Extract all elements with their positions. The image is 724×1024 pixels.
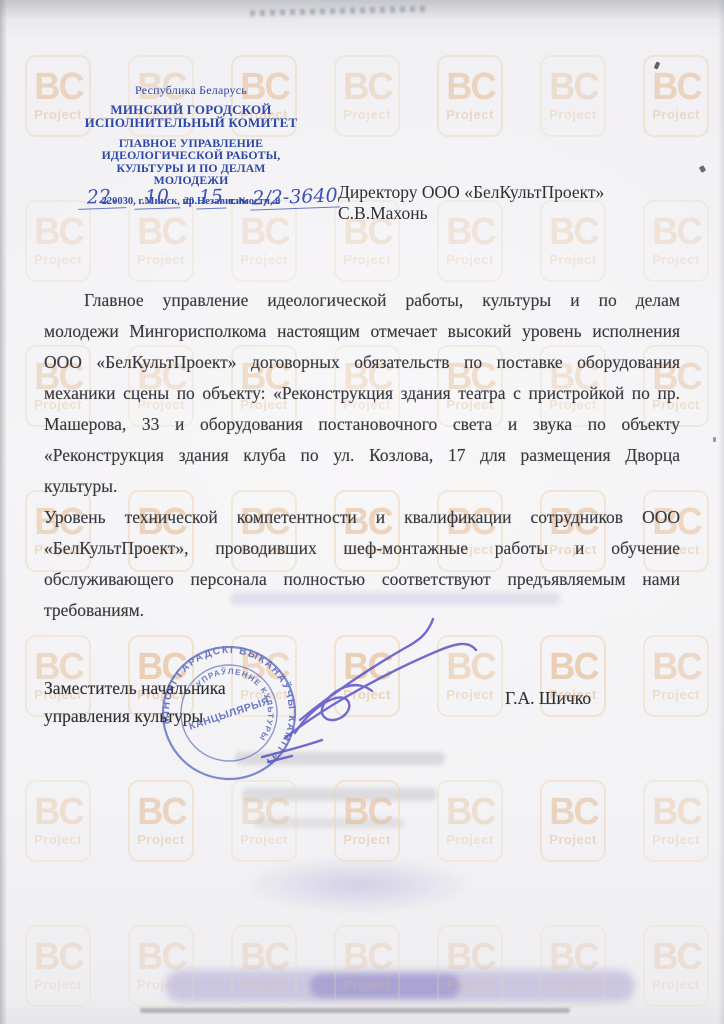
watermark-text-bc: BC [446, 70, 494, 105]
watermark-text-bc: BC [549, 650, 597, 685]
watermark-text-bc: BC [549, 70, 597, 105]
watermark-badge: BCProject [540, 780, 606, 862]
letterhead-committee-line1: МИНСКИЙ ГОРОДСКОЙ [84, 103, 298, 117]
handwritten-month: 10 [134, 187, 181, 210]
watermark-badge: BCProject [643, 55, 709, 137]
watermark-text-project: Project [446, 832, 494, 847]
watermark-text-bc: BC [240, 215, 288, 250]
watermark-badge: BCProject [334, 925, 400, 1007]
reference-date-line: 22. 10 20 15 г. № 2/2-3640 [78, 188, 340, 209]
watermark-text-project: Project [549, 832, 597, 847]
watermark-badge: BCProject [334, 55, 400, 137]
letterhead-country: Республика Беларусь [84, 84, 298, 97]
body-paragraph-1: Главное управление идеологической работы… [44, 285, 680, 502]
watermark-text-bc: BC [343, 940, 391, 975]
signoff-title: Заместитель начальника управления культу… [44, 674, 226, 730]
watermark-text-project: Project [652, 687, 700, 702]
watermark-text-project: Project [34, 107, 82, 122]
watermark-badge: BCProject [231, 925, 297, 1007]
watermark-badge: BCProject [643, 635, 709, 717]
watermark-badge: BCProject [25, 925, 91, 1007]
watermark-text-bc: BC [446, 940, 494, 975]
watermark-text-project: Project [549, 977, 597, 992]
watermark-text-project: Project [549, 252, 597, 267]
watermark-text-bc: BC [549, 795, 597, 830]
watermark-badge: BCProject [25, 780, 91, 862]
recipient-title: Директору ООО «БелКультПроект» [338, 182, 604, 203]
letterhead-committee: МИНСКИЙ ГОРОДСКОЙ ИСПОЛНИТЕЛЬНЫЙ КОМИТЕТ [84, 103, 298, 130]
watermark-badge: BCProject [540, 925, 606, 1007]
watermark-text-bc: BC [240, 795, 288, 830]
watermark-text-project: Project [240, 977, 288, 992]
watermark-text-bc: BC [34, 795, 82, 830]
watermark-badge: BCProject [334, 635, 400, 717]
watermark-badge: BCProject [334, 780, 400, 862]
watermark-badge: BCProject [231, 200, 297, 282]
watermark-text-bc: BC [652, 215, 700, 250]
watermark-badge: BCProject [437, 635, 503, 717]
watermark-text-project: Project [446, 252, 494, 267]
watermark-text-project: Project [549, 107, 597, 122]
printed-number-label: г. № [226, 196, 250, 209]
watermark-text-project: Project [343, 687, 391, 702]
watermark-text-project: Project [240, 252, 288, 267]
signoff-title-line2: управления культуры [44, 702, 226, 730]
watermark-text-project: Project [34, 252, 82, 267]
watermark-text-project: Project [137, 832, 185, 847]
signoff-title-line1: Заместитель начальника [44, 674, 226, 702]
watermark-text-project: Project [446, 107, 494, 122]
watermark-text-bc: BC [652, 70, 700, 105]
watermark-badge: BCProject [643, 200, 709, 282]
watermark-text-bc: BC [34, 70, 82, 105]
letter-body: Главное управление идеологической работы… [44, 285, 680, 626]
letterhead-committee-line2: ИСПОЛНИТЕЛЬНЫЙ КОМИТЕТ [84, 116, 298, 130]
watermark-text-bc: BC [137, 795, 185, 830]
watermark-text-bc: BC [343, 795, 391, 830]
watermark-text-bc: BC [446, 650, 494, 685]
watermark-badge: BCProject [25, 200, 91, 282]
watermark-text-project: Project [343, 252, 391, 267]
letterhead-department-line2: ИДЕОЛОГИЧЕСКОЙ РАБОТЫ, [84, 149, 298, 161]
watermark-text-project: Project [652, 107, 700, 122]
watermark-text-bc: BC [446, 795, 494, 830]
watermark-text-bc: BC [240, 940, 288, 975]
watermark-badge: BCProject [25, 55, 91, 137]
watermark-badge: BCProject [643, 925, 709, 1007]
watermark-badge: BCProject [128, 925, 194, 1007]
watermark-badge: BCProject [128, 200, 194, 282]
watermark-text-project: Project [240, 832, 288, 847]
watermark-text-project: Project [34, 832, 82, 847]
handwritten-outgoing-number: 2/2-3640 [250, 186, 341, 210]
watermark-text-bc: BC [343, 650, 391, 685]
recipient-block: Директору ООО «БелКультПроект» С.В.Махон… [338, 182, 604, 225]
handwritten-year: 15 [196, 187, 227, 209]
watermark-text-project: Project [137, 252, 185, 267]
body-paragraph-2: Уровень технической компетентности и ква… [44, 502, 680, 626]
watermark-text-project: Project [137, 977, 185, 992]
letterhead-department-line3: КУЛЬТУРЫ И ПО ДЕЛАМ МОЛОДЕЖИ [84, 162, 298, 187]
watermark-badge: BCProject [437, 780, 503, 862]
watermark-badge: BCProject [231, 780, 297, 862]
watermark-badge: BCProject [437, 925, 503, 1007]
watermark-text-project: Project [446, 977, 494, 992]
watermark-text-bc: BC [652, 650, 700, 685]
watermark-text-project: Project [343, 832, 391, 847]
printed-year-prefix: 20 [180, 196, 196, 209]
watermark-text-bc: BC [652, 795, 700, 830]
watermark-text-bc: BC [343, 70, 391, 105]
watermark-badge: BCProject [128, 780, 194, 862]
watermark-text-bc: BC [137, 215, 185, 250]
watermark-badge: BCProject [540, 55, 606, 137]
watermark-text-project: Project [652, 252, 700, 267]
letterhead-department: ГЛАВНОЕ УПРАВЛЕНИЕ ИДЕОЛОГИЧЕСКОЙ РАБОТЫ… [84, 137, 298, 187]
recipient-name: С.В.Махонь [338, 203, 604, 224]
watermark-text-project: Project [652, 977, 700, 992]
watermark-text-project: Project [652, 832, 700, 847]
watermark-text-bc: BC [137, 940, 185, 975]
watermark-text-bc: BC [549, 940, 597, 975]
watermark-text-project: Project [343, 977, 391, 992]
watermark-text-project: Project [34, 977, 82, 992]
scanned-letter-page: BCProjectBCProjectBCProjectBCProjectBCPr… [0, 0, 724, 1024]
signoff-name: Г.А. Шичко [505, 688, 591, 709]
watermark-badge: BCProject [643, 780, 709, 862]
watermark-text-bc: BC [652, 940, 700, 975]
watermark-text-project: Project [343, 107, 391, 122]
watermark-text-bc: BC [34, 940, 82, 975]
handwritten-day: 22. [78, 187, 127, 210]
watermark-text-bc: BC [34, 215, 82, 250]
watermark-text-project: Project [446, 687, 494, 702]
watermark-badge: BCProject [437, 55, 503, 137]
